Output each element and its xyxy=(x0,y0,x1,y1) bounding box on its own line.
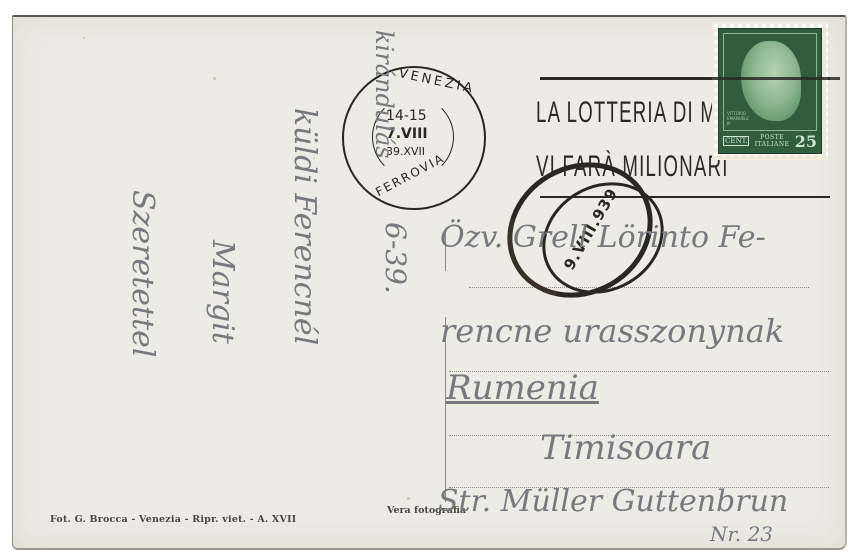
photo-credit: Fot. G. Brocca - Venezia - Ripr. viet. -… xyxy=(50,514,296,525)
address-city: Timisoara xyxy=(540,428,711,468)
message-date: 6-39. xyxy=(379,222,412,294)
address-line-1: Özv. Grell Lörinto Fe- xyxy=(440,220,766,255)
cancel-bar-over-stamp xyxy=(700,77,840,80)
message-line-top: kirándulás xyxy=(370,30,398,159)
stamp-country: POSTE ITALIANE xyxy=(749,134,794,148)
stamp-unit: CENT. xyxy=(723,136,749,146)
message-signature: Margit xyxy=(205,240,240,344)
stamp-caption: CENT. POSTE ITALIANE 25 xyxy=(723,132,817,150)
address-line xyxy=(469,287,809,288)
paper-speckle xyxy=(83,37,85,39)
message-line-2: küldi Ferencnél xyxy=(287,108,322,345)
address-line-2: rencne urasszonynak xyxy=(440,312,784,350)
address-number: Nr. 23 xyxy=(710,522,773,546)
address-country: Rumenia xyxy=(446,368,599,408)
message-line-1: Szeretettel xyxy=(125,190,160,357)
paper-speckle xyxy=(213,77,216,80)
stamp-legend: VITTORIOEMANUELEIII xyxy=(727,111,749,126)
paper-speckle xyxy=(407,497,410,500)
postage-stamp: VITTORIOEMANUELEIII CENT. POSTE ITALIANE… xyxy=(712,22,828,160)
address-street: Str. Müller Guttenbrun xyxy=(438,484,788,519)
stamp-face: VITTORIOEMANUELEIII CENT. POSTE ITALIANE… xyxy=(718,28,822,154)
stamp-denomination: 25 xyxy=(795,132,817,151)
